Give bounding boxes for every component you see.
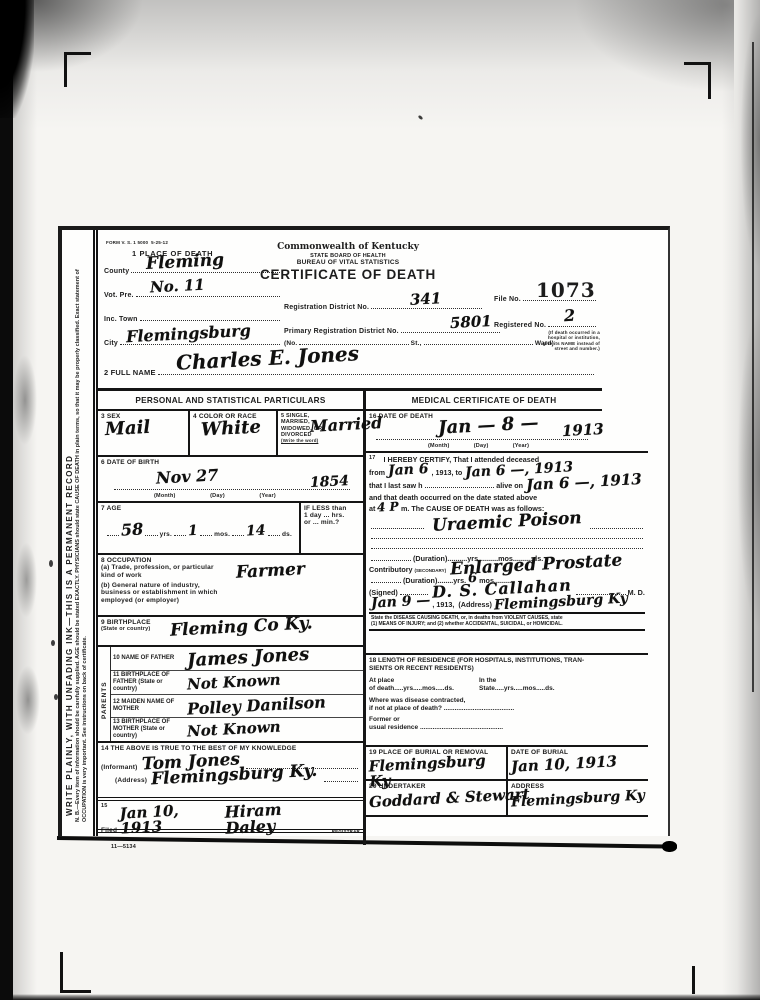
city-st-label: St., bbox=[411, 340, 422, 347]
alive-on-label: alive on bbox=[496, 481, 523, 490]
mother-birthplace-handwritten: Not Known bbox=[187, 720, 281, 740]
at-place-blanks: of death.....yrs.....mos.....ds. bbox=[369, 685, 479, 693]
burial-row: 19 PLACE OF BURIAL OR REMOVAL Flemingsbu… bbox=[366, 747, 648, 781]
undertaker-row: 20 UNDERTAKER Goddard & Stewart ADDRESS … bbox=[366, 781, 648, 817]
at-place-label: At place bbox=[369, 677, 479, 685]
personal-column: 3 SEX Mail 4 COLOR OR RACE White 5 SINGL… bbox=[98, 411, 366, 845]
voting-precinct-label: Vot. Pre. bbox=[104, 292, 134, 299]
scan-top-edge-shading bbox=[13, 0, 734, 130]
parents-vertical-label-cell: PARENTS bbox=[98, 647, 111, 741]
secondary-label: (SECONDARY) bbox=[415, 568, 447, 574]
last-saw-label: that I last saw h bbox=[369, 481, 423, 490]
certify-mid-label: , 1913, to bbox=[431, 468, 462, 477]
residence-block: 18 LENGTH OF RESIDENCE (FOR HOSPITALS, I… bbox=[366, 655, 648, 747]
father-birthplace-row: 11 BIRTHPLACE OF FATHER (State or countr… bbox=[111, 671, 363, 695]
primary-registration-label: Primary Registration District No. bbox=[284, 328, 399, 335]
age-years-handwritten: 58 bbox=[121, 521, 144, 538]
in-state-blanks: State.....yrs.....mos.....ds. bbox=[479, 685, 555, 693]
father-birthplace-handwritten: Not Known bbox=[187, 672, 281, 692]
undertaker-cell: 20 UNDERTAKER Goddard & Stewart bbox=[366, 781, 508, 815]
age-cell: 7 AGE 58 yrs. 1 mos. 14 ds. bbox=[98, 503, 301, 553]
race-value-handwritten: White bbox=[201, 418, 262, 439]
scan-speck bbox=[49, 560, 53, 567]
contracted-line1: Where was disease contracted, bbox=[369, 697, 645, 705]
section-band: PERSONAL AND STATISTICAL PARTICULARS MED… bbox=[98, 388, 602, 411]
contributory-label: Contributory bbox=[369, 565, 413, 574]
sex-value-handwritten: Mail bbox=[105, 419, 151, 439]
personal-particulars-title: PERSONAL AND STATISTICAL PARTICULARS bbox=[98, 391, 366, 409]
form-number: FORM V. S. 1 5000 5-25-12 bbox=[106, 240, 168, 245]
voting-precinct-value-handwritten: No. 11 bbox=[150, 278, 205, 296]
parents-vertical-label: PARENTS bbox=[101, 681, 108, 719]
file-no-value: 1073 bbox=[536, 278, 596, 302]
scan-top-left-corner-blot bbox=[0, 0, 34, 118]
mother-name-row: 12 MAIDEN NAME OF MOTHER Polley Danilson bbox=[111, 695, 363, 719]
m-label: m. bbox=[401, 504, 409, 513]
age-days-handwritten: 14 bbox=[246, 523, 266, 538]
burial-place-cell: 19 PLACE OF BURIAL OR REMOVAL Flemingsbu… bbox=[366, 747, 508, 779]
birthplace-value-handwritten: Fleming Co Ky. bbox=[170, 615, 313, 639]
violent-causes-note-line2: (1) MEANS OF INJURY; and (2) whether ACC… bbox=[371, 621, 643, 627]
crop-mark-bottom-right-icon bbox=[692, 966, 695, 994]
if-less-line1: IF LESS than bbox=[304, 505, 360, 512]
certify-block: 17 I HEREBY CERTIFY, That I attended dec… bbox=[366, 453, 648, 655]
age-months-label: mos. bbox=[214, 531, 230, 538]
filed-row: 15 Filed Jan 10, 1913 Hiram Daley REGIST… bbox=[98, 801, 363, 833]
crop-mark-top-left-icon bbox=[64, 52, 91, 87]
violent-causes-note: State the DISEASE CAUSING DEATH, or, in … bbox=[369, 612, 645, 631]
registered-no-row: Registered No. bbox=[494, 322, 598, 329]
informant-label: (Informant) bbox=[101, 764, 138, 771]
margin-write-plainly-text: WRITE PLAINLY, WITH UNFADING INK—THIS IS… bbox=[65, 455, 74, 816]
race-cell: 4 COLOR OR RACE White bbox=[190, 411, 278, 455]
age-label: 7 AGE bbox=[101, 505, 296, 512]
scan-right-edge-line bbox=[752, 42, 754, 692]
bureau-label: BUREAU OF VITAL STATISTICS bbox=[248, 259, 448, 266]
dob-units-label: (Month) (Day) (Year) bbox=[154, 493, 276, 499]
burial-date-cell: DATE OF BURIAL Jan 10, 1913 bbox=[508, 747, 648, 779]
if-less-cell: IF LESS than 1 day ... hrs. or ... min.? bbox=[301, 503, 363, 553]
occupation-value-handwritten: Farmer bbox=[236, 561, 306, 582]
scan-left-black-bar bbox=[0, 0, 13, 1000]
scan-right-edge-shading bbox=[722, 0, 760, 1000]
county-value-handwritten: Fleming bbox=[146, 252, 225, 273]
dod-units-label: (Month) (Day) (Year) bbox=[428, 443, 529, 449]
inc-town-row: Inc. Town bbox=[104, 316, 282, 323]
hour-handwritten: 4 P bbox=[377, 500, 399, 513]
commonwealth-block: Commonwealth of Kentucky STATE BOARD OF … bbox=[248, 242, 448, 282]
father-birthplace-label: 11 BIRTHPLACE OF FATHER (State or countr… bbox=[113, 672, 187, 693]
md-label: M. D. bbox=[628, 588, 645, 597]
parents-rows: 10 NAME OF FATHER James Jones 11 BIRTHPL… bbox=[111, 647, 363, 741]
occupation-b-label: (b) General nature of industry, business… bbox=[101, 582, 231, 605]
occupation-row: 8 OCCUPATION (a) Trade, profession, or p… bbox=[98, 555, 363, 617]
if-less-line2: 1 day ... hrs. bbox=[304, 512, 360, 519]
dob-value-handwritten: Nov 27 bbox=[156, 467, 219, 486]
birthplace-row: 9 BIRTHPLACE (State or country) Fleming … bbox=[98, 617, 363, 647]
at-label: at bbox=[369, 504, 375, 513]
full-name-label: 2 FULL NAME bbox=[104, 368, 156, 377]
occupation-a-label: (a) Trade, profession, or particular kin… bbox=[101, 564, 221, 580]
form-columns: 3 SEX Mail 4 COLOR OR RACE White 5 SINGL… bbox=[98, 411, 602, 845]
filed-date-handwritten: Jan 10, 1913 bbox=[119, 801, 219, 836]
certificate-title: CERTIFICATE OF DEATH bbox=[248, 267, 448, 282]
form-header: FORM V. S. 1 5000 5-25-12 1 PLACE OF DEA… bbox=[98, 230, 602, 388]
county-label: County bbox=[104, 268, 129, 275]
marital-note: (Write the word) bbox=[281, 438, 360, 443]
medical-certificate-title: MEDICAL CERTIFICATE OF DEATH bbox=[366, 391, 602, 409]
residence-title-line2: SIENTS OR RECENT RESIDENTS) bbox=[369, 665, 645, 673]
burial-date-handwritten: Jan 10, 1913 bbox=[511, 754, 618, 775]
death-certificate: WRITE PLAINLY, WITH UNFADING INK—THIS IS… bbox=[58, 226, 670, 836]
sign-address-label: (Address) bbox=[458, 600, 492, 609]
undertaker-handwritten: Goddard & Stewart bbox=[369, 787, 530, 810]
residence-title-line1: 18 LENGTH OF RESIDENCE (FOR HOSPITALS, I… bbox=[369, 657, 645, 665]
plate-number-row: 11—5134 bbox=[98, 833, 363, 845]
occupation-label: 8 OCCUPATION bbox=[101, 557, 360, 564]
former-residence-line2: usual residence ........................… bbox=[369, 724, 645, 732]
informant-address-label: (Address) bbox=[115, 777, 147, 784]
registrar-signature-handwritten: Hiram Daley bbox=[224, 799, 330, 836]
parents-block: PARENTS 10 NAME OF FATHER James Jones 11… bbox=[98, 647, 363, 743]
file-no-label: File No. bbox=[494, 296, 521, 303]
registered-no-value-handwritten: 2 bbox=[564, 308, 576, 325]
scan-speck bbox=[51, 640, 55, 646]
left-margin-instructions: WRITE PLAINLY, WITH UNFADING INK—THIS IS… bbox=[62, 230, 98, 836]
mother-name-handwritten: Polley Danilson bbox=[187, 694, 326, 717]
inc-town-label: Inc. Town bbox=[104, 316, 138, 323]
father-name-handwritten: James Jones bbox=[187, 646, 310, 670]
mother-birthplace-label: 13 BIRTHPLACE OF MOTHER (State or countr… bbox=[113, 719, 187, 740]
attended-from-handwritten: Jan 6 bbox=[388, 462, 429, 478]
last-saw-date-handwritten: Jan 6 —, 1913 bbox=[526, 472, 642, 493]
commonwealth-title: Commonwealth of Kentucky bbox=[248, 242, 448, 252]
registration-district-row: Registration District No. bbox=[284, 304, 484, 311]
city-label: City bbox=[104, 340, 118, 347]
certificate-bottom-corner-blot bbox=[662, 841, 677, 852]
father-name-label: 10 NAME OF FATHER bbox=[113, 655, 187, 662]
former-residence-line1: Former or bbox=[369, 716, 645, 724]
age-months-handwritten: 1 bbox=[188, 524, 198, 538]
margin-nb-note-text: N. B.—Every item of information should b… bbox=[75, 267, 89, 822]
sex-cell: 3 SEX Mail bbox=[98, 411, 190, 455]
medical-column: 16 DATE OF DEATH Jan — 8 — 1913 (Month) … bbox=[366, 411, 648, 817]
if-less-line3: or ... min.? bbox=[304, 519, 360, 526]
age-years-label: yrs. bbox=[160, 531, 172, 538]
undertaker-address-cell: ADDRESS Flemingsburg Ky bbox=[508, 781, 648, 815]
informant-block: 14 THE ABOVE IS TRUE TO THE BEST OF MY K… bbox=[98, 743, 363, 801]
certify-from-label: from bbox=[369, 468, 385, 477]
hospital-note: (If death occurred in a hospital or inst… bbox=[538, 330, 600, 352]
date-of-birth-row: 6 DATE OF BIRTH Nov 27 1854 (Month) (Day… bbox=[98, 457, 363, 503]
scanned-death-certificate-page: WRITE PLAINLY, WITH UNFADING INK—THIS IS… bbox=[0, 0, 760, 1000]
contracted-line2: if not at place of death? ..............… bbox=[369, 705, 645, 713]
sex-race-marital-row: 3 SEX Mail 4 COLOR OR RACE White 5 SINGL… bbox=[98, 411, 363, 457]
dob-label: 6 DATE OF BIRTH bbox=[101, 459, 360, 466]
registration-district-value-handwritten: 341 bbox=[410, 291, 442, 308]
form-body: FORM V. S. 1 5000 5-25-12 1 PLACE OF DEA… bbox=[98, 230, 602, 836]
registration-district-label: Registration District No. bbox=[284, 304, 369, 311]
scan-left-edge-smudge bbox=[13, 0, 43, 1000]
dod-value-handwritten: Jan — 8 — bbox=[438, 414, 539, 437]
sign-date-handwritten: Jan 9 — bbox=[371, 593, 431, 610]
mother-birthplace-row: 13 BIRTHPLACE OF MOTHER (State or countr… bbox=[111, 718, 363, 741]
age-row: 7 AGE 58 yrs. 1 mos. 14 ds. IF LES bbox=[98, 503, 363, 555]
registered-no-label: Registered No. bbox=[494, 322, 546, 329]
date-of-death-row: 16 DATE OF DEATH Jan — 8 — 1913 (Month) … bbox=[366, 411, 648, 453]
mother-name-label: 12 MAIDEN NAME OF MOTHER bbox=[113, 699, 187, 713]
crop-mark-bottom-left-icon bbox=[60, 952, 91, 993]
scan-bottom-edge-line bbox=[0, 994, 760, 1000]
in-state-label: In the bbox=[479, 677, 555, 685]
undertaker-address-handwritten: Flemingsburg Ky bbox=[511, 789, 645, 810]
age-days-label: ds. bbox=[282, 531, 292, 538]
primary-registration-value-handwritten: 5801 bbox=[450, 314, 492, 331]
crop-mark-top-right-icon bbox=[684, 62, 711, 99]
marital-cell: 5 SINGLE, MARRIED, WIDOWED, OR DIVORCED … bbox=[278, 411, 363, 455]
plate-number: 11—5134 bbox=[111, 844, 136, 850]
occurred-label: and that death occurred on the date stat… bbox=[369, 493, 645, 502]
certify-number: 17 bbox=[369, 455, 376, 462]
father-name-row: 10 NAME OF FATHER James Jones bbox=[111, 647, 363, 671]
